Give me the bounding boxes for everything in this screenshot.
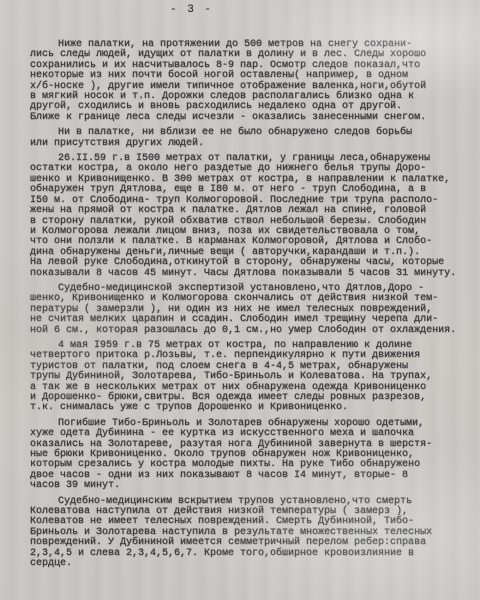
paragraph-bodies-found-may4: 4 мая I959 г.в 75 метрах от костра, по н… [30, 341, 466, 414]
page-number: - 3 - [170, 4, 213, 16]
paragraph-bodies-found-feb26: 26.II.59 г.в I500 метрах от палатки, у г… [30, 154, 466, 279]
scanned-document-page: - 3 - Ниже палатки, на протяжении до 500… [0, 0, 480, 600]
paragraph-footprints: Ниже палатки, на протяжении до 500 метро… [30, 40, 466, 123]
paragraph-autopsy-results: Судебно-медицинским вскрытием трупов уст… [30, 497, 466, 570]
paragraph-clothing-watches: Погибшие Тибо-Бриньоль и Золотарев обнар… [30, 419, 466, 492]
paragraph-no-struggle: Ни в палатке, ни вблизи ее не было обнар… [30, 128, 466, 149]
paragraph-forensic-expertise: Судебно-медицинской экспертизой установл… [30, 284, 466, 336]
